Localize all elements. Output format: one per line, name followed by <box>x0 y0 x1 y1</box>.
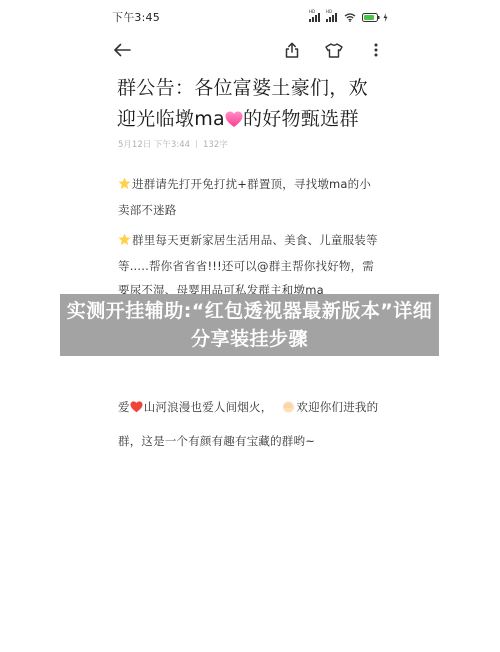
signal-icon: HD <box>326 13 337 22</box>
star-icon <box>118 230 131 254</box>
more-button[interactable] <box>366 40 386 60</box>
back-button[interactable] <box>112 40 132 60</box>
star-icon <box>118 174 131 198</box>
signal-icon: HD <box>309 13 320 22</box>
wifi-icon <box>344 13 356 22</box>
share-icon <box>285 42 299 58</box>
tshirt-icon <box>325 43 343 58</box>
theme-button[interactable] <box>324 40 344 60</box>
note-paragraph: 爱山河浪漫也爱人间烟火，欢迎你们进我的群，这是一个有颜有趣有宝藏的群哟~ <box>118 391 380 457</box>
overlay-banner: 实测开挂辅助:“红包透视器最新版本”详细分享装挂步骤 <box>60 294 439 356</box>
toolbar-actions <box>282 40 386 60</box>
word-count: 132字 <box>203 138 228 150</box>
status-time: 下午3:45 <box>112 9 160 25</box>
status-bar: 下午3:45 HD HD <box>112 9 388 25</box>
note-date: 5月12日 下午3:44 <box>118 138 190 150</box>
battery-icon <box>362 13 380 22</box>
waving-hand-icon <box>282 393 295 425</box>
note-paragraph: 群里每天更新家居生活用品、美食、儿童服装等等.....帮你省省省!!!还可以@群… <box>118 228 380 302</box>
divider <box>196 140 197 148</box>
note-title: 群公告：各位富婆土豪们，欢迎光临墩ma的好物甄选群 <box>117 73 387 138</box>
note-meta: 5月12日 下午3:44 132字 <box>118 138 228 150</box>
more-vertical-icon <box>374 43 378 57</box>
share-button[interactable] <box>282 40 302 60</box>
note-paragraph: 进群请先打开免打扰+群置顶，寻找墩ma的小卖部不迷路 <box>118 172 380 222</box>
arrow-left-icon <box>113 43 131 57</box>
status-icons: HD HD <box>309 13 388 22</box>
charging-icon <box>383 13 388 22</box>
red-heart-icon <box>130 393 143 425</box>
notes-page: 下午3:45 HD HD <box>0 0 500 652</box>
pink-heart-icon <box>225 107 243 138</box>
top-toolbar <box>112 38 386 62</box>
